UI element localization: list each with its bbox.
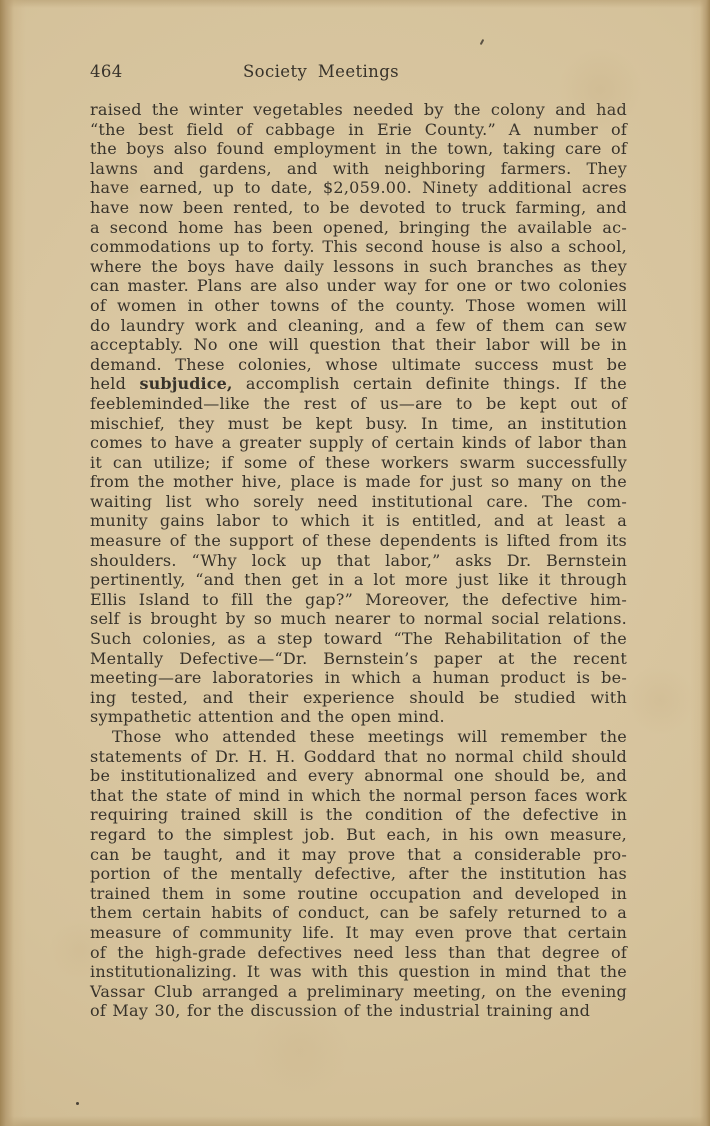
text-line: from the mother hive, place is made for …: [90, 472, 627, 492]
text-line: where the boys have daily lessons in suc…: [90, 257, 627, 277]
text-line: be institutionalized and every abnormal …: [90, 766, 627, 786]
text-line: do laundry work and cleaning, and a few …: [90, 316, 627, 336]
text-line: of May 30, for the discussion of the ind…: [90, 1001, 627, 1021]
text-line: raised the winter vegetables needed by t…: [90, 100, 627, 120]
text-line: Those who attended these meetings will r…: [90, 727, 627, 747]
text-line: self is brought by so much nearer to nor…: [90, 609, 627, 629]
text-line: Ellis Island to fill the gap?” Moreover,…: [90, 590, 627, 610]
text-line: mischief, they must be kept busy. In tim…: [90, 414, 627, 434]
text-line: them certain habits of conduct, can be s…: [90, 903, 627, 923]
text-line: portion of the mentally defective, after…: [90, 864, 627, 884]
text-line: demand. These colonies, whose ultimate s…: [90, 355, 627, 375]
text-line: measure of the support of these dependen…: [90, 531, 627, 551]
text-line: meeting—are laboratories in which a huma…: [90, 668, 627, 688]
text-line: regard to the simplest job. But each, in…: [90, 825, 627, 845]
text-line: statements of Dr. H. H. Goddard that no …: [90, 747, 627, 767]
text-line: comes to have a greater supply of certai…: [90, 433, 627, 453]
text-line: that the state of mind in which the norm…: [90, 786, 627, 806]
text-line: shoulders. “Why lock up that labor,” ask…: [90, 551, 627, 571]
text-line: of the high-grade defectives need less t…: [90, 943, 627, 963]
text-line: measure of community life. It may even p…: [90, 923, 627, 943]
running-head-title: Society Meetings: [90, 61, 552, 83]
text-line: have earned, up to date, $2,059.00. Nine…: [90, 178, 627, 198]
text-line: commodations up to forty. This second ho…: [90, 237, 627, 257]
text-line: it can utilize; if some of these workers…: [90, 453, 627, 473]
text-line: have now been rented, to be devoted to t…: [90, 198, 627, 218]
text-line: a second home has been opened, bringing …: [90, 218, 627, 238]
text-line: ing tested, and their experience should …: [90, 688, 627, 708]
text-line: lawns and gardens, and with neighboring …: [90, 159, 627, 179]
running-header: 464 Society Meetings: [90, 61, 627, 83]
text-line: Vassar Club arranged a preliminary meeti…: [90, 982, 627, 1002]
text-line: pertinently, “and then get in a lot more…: [90, 570, 627, 590]
text-line: held subjudice, accomplish certain defin…: [90, 374, 627, 394]
book-page-scan: 464 Society Meetings raised the winter v…: [0, 0, 710, 1126]
text-line: can be taught, and it may prove that a c…: [90, 845, 627, 865]
body-text: raised the winter vegetables needed by t…: [90, 100, 627, 1021]
text-line: requiring trained skill is the condition…: [90, 805, 627, 825]
paragraph-2: Those who attended these meetings will r…: [90, 727, 627, 1021]
text-line: the boys also found employment in the to…: [90, 139, 627, 159]
paragraph-1: raised the winter vegetables needed by t…: [90, 100, 627, 727]
text-line: munity gains labor to which it is entitl…: [90, 511, 627, 531]
text-line: Mentally Defective—“Dr. Bernstein’s pape…: [90, 649, 627, 669]
text-line: can master. Plans are also under way for…: [90, 276, 627, 296]
text-line: of women in other towns of the county. T…: [90, 296, 627, 316]
text-line: feebleminded—like the rest of us—are to …: [90, 394, 627, 414]
text-line: waiting list who sorely need institution…: [90, 492, 627, 512]
text-line: “the best field of cabbage in Erie Count…: [90, 120, 627, 140]
scan-speck: [76, 1102, 79, 1105]
text-line: sympathetic attention and the open mind.: [90, 707, 627, 727]
text-line: trained them in some routine occupation …: [90, 884, 627, 904]
text-line: institutionalizing. It was with this que…: [90, 962, 627, 982]
text-line: Such colonies, as a step toward “The Reh…: [90, 629, 627, 649]
scan-speck: [480, 39, 485, 45]
text-line: acceptably. No one will question that th…: [90, 335, 627, 355]
